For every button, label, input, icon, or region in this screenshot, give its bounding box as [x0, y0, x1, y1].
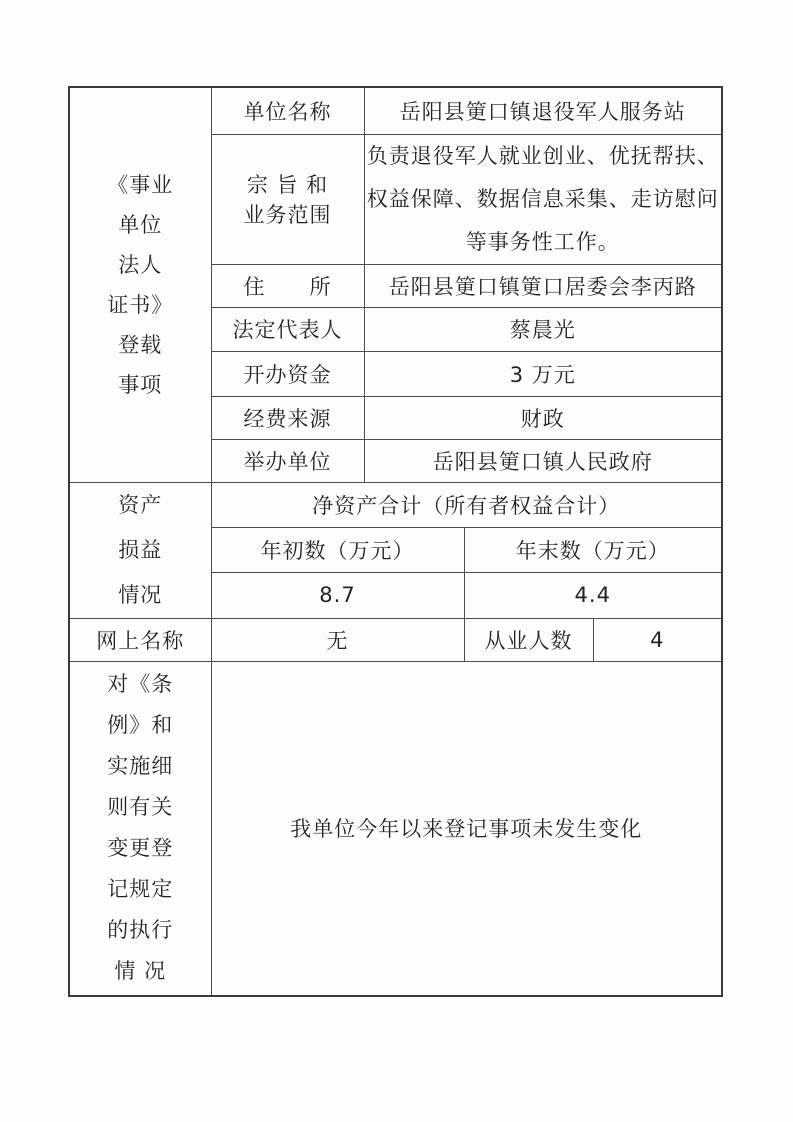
side-label-line: 资产: [70, 483, 211, 528]
mission-label-line1: 宗 旨 和: [212, 169, 364, 199]
capital-label: 开办资金: [211, 351, 364, 396]
side-label-line: 例》和: [70, 705, 211, 746]
staff-count-label: 从业人数: [464, 618, 593, 661]
side-label-line: 证书》: [70, 285, 211, 325]
side-label-line: 实施细: [70, 746, 211, 787]
side-label-line: 法人: [70, 245, 211, 285]
mission-value: 负责退役军人就业创业、优抚帮扶、 权益保障、数据信息采集、走访慰问 等事务性工作…: [364, 134, 722, 264]
cert-section-side-label: 《事业 单位 法人 证书》 登载 事项: [69, 87, 211, 482]
asset-section-side-label: 资产 损益 情况: [69, 482, 211, 618]
legal-rep-label: 法定代表人: [211, 307, 364, 351]
mission-value-line3: 等事务性工作。: [365, 221, 722, 264]
address-label: 住 所: [211, 264, 364, 307]
funding-value: 财政: [364, 396, 722, 439]
mission-label: 宗 旨 和 业务范围: [211, 134, 364, 264]
online-name-value: 无: [211, 618, 464, 661]
side-label-line: 变更登: [70, 828, 211, 869]
mission-value-line1: 负责退役军人就业创业、优抚帮扶、: [365, 135, 722, 178]
compliance-statement: 我单位今年以来登记事项未发生变化: [211, 661, 722, 996]
funding-label: 经费来源: [211, 396, 364, 439]
year-begin-value: 8.7: [211, 573, 464, 618]
organizer-label: 举办单位: [211, 439, 364, 482]
staff-count-value: 4: [593, 618, 722, 661]
side-label-line: 单位: [70, 205, 211, 245]
unit-name-value: 岳阳县筻口镇退役军人服务站: [364, 87, 722, 134]
side-label-line: 的执行: [70, 910, 211, 951]
side-label-line: 则有关: [70, 787, 211, 828]
document-page: 《事业 单位 法人 证书》 登载 事项 单位名称 岳阳县筻口镇退役军人服务站 宗…: [0, 0, 793, 1122]
side-label-line: 登载: [70, 325, 211, 365]
side-label-line: 事项: [70, 365, 211, 405]
legal-rep-value: 蔡晨光: [364, 307, 722, 351]
capital-value: 3 万元: [364, 351, 722, 396]
compliance-section-side-label: 对《条 例》和 实施细 则有关 变更登 记规定 的执行 情 况: [69, 661, 211, 996]
side-label-line: 对《条: [70, 664, 211, 705]
side-label-line: 情 况: [70, 951, 211, 992]
address-value: 岳阳县筻口镇筻口居委会李丙路: [364, 264, 722, 307]
year-end-label: 年末数（万元）: [464, 527, 722, 572]
side-label-line: 损益: [70, 528, 211, 573]
mission-label-line2: 业务范围: [212, 199, 364, 229]
side-label-line: 情况: [70, 573, 211, 618]
mission-value-line2: 权益保障、数据信息采集、走访慰问: [365, 178, 722, 221]
side-label-line: 记规定: [70, 869, 211, 910]
net-assets-header: 净资产合计（所有者权益合计）: [211, 482, 722, 527]
year-end-value: 4.4: [464, 573, 722, 618]
unit-name-label: 单位名称: [211, 87, 364, 134]
organizer-value: 岳阳县筻口镇人民政府: [364, 439, 722, 482]
online-name-label: 网上名称: [69, 618, 211, 661]
year-begin-label: 年初数（万元）: [211, 527, 464, 572]
registration-form-table: 《事业 单位 法人 证书》 登载 事项 单位名称 岳阳县筻口镇退役军人服务站 宗…: [68, 86, 723, 997]
side-label-line: 《事业: [70, 165, 211, 205]
